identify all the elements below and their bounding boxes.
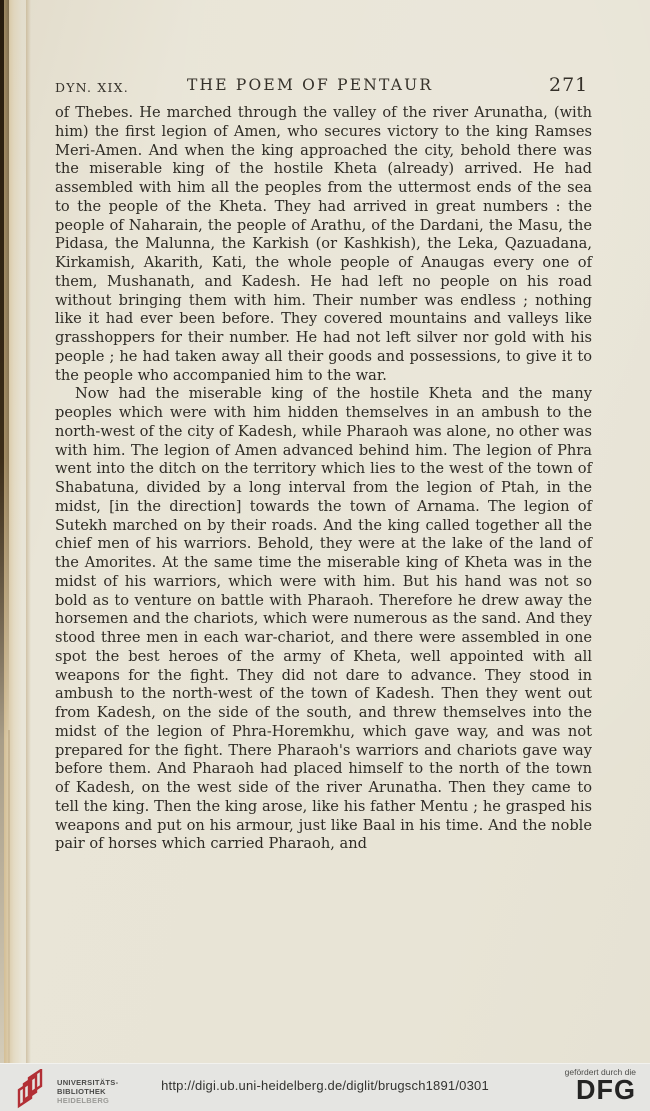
scanned-book-page: DYN. XIX. THE POEM OF PENTAUR 271 of The… <box>0 0 650 1111</box>
dfg-logo: DFG <box>565 1077 636 1105</box>
library-name-city: HEIDELBERG <box>57 1096 118 1105</box>
paragraph: of Thebes. He marched through the valley… <box>55 104 592 385</box>
running-head-dynasty: DYN. XIX. <box>55 80 129 95</box>
page-number: 271 <box>549 74 588 96</box>
library-name: UNIVERSITÄTS- BIBLIOTHEK HEIDELBERG <box>57 1078 118 1105</box>
library-name-line2: BIBLIOTHEK <box>57 1087 118 1096</box>
library-name-line1: UNIVERSITÄTS- <box>57 1078 118 1087</box>
page-crease <box>26 0 31 1063</box>
paragraph: Now had the miserable king of the hostil… <box>55 385 592 854</box>
page-crease-lower <box>8 730 10 1063</box>
page-title: THE POEM OF PENTAUR <box>187 76 433 94</box>
digitization-footer: UNIVERSITÄTS- BIBLIOTHEK HEIDELBERG http… <box>0 1063 650 1111</box>
page-edge-gradient <box>4 0 22 1063</box>
page-scan: DYN. XIX. THE POEM OF PENTAUR 271 of The… <box>0 0 650 1063</box>
ub-heidelberg-logo-icon <box>12 1069 50 1111</box>
dfg-branding: gefördert durch die DFG <box>565 1067 636 1104</box>
library-branding: UNIVERSITÄTS- BIBLIOTHEK HEIDELBERG <box>12 1069 118 1111</box>
body-text: of Thebes. He marched through the valley… <box>55 104 592 854</box>
source-url: http://digi.ub.uni-heidelberg.de/diglit/… <box>161 1078 489 1093</box>
